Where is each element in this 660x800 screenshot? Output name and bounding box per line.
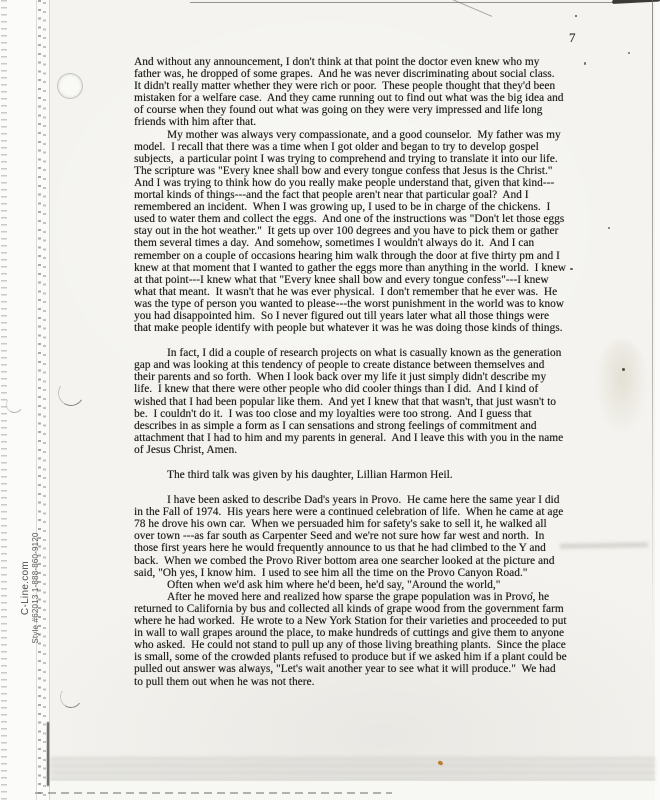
paper-bottom-strip (50, 781, 655, 800)
sleeve-bottom-seam (35, 792, 392, 794)
scan-speck (622, 368, 625, 371)
sleeve-binding-line-right (49, 0, 50, 800)
sleeve-style-text: Style #62013 1-888-860-9120 (31, 508, 41, 668)
body-paragraph: I have been asked to describe Dad's year… (134, 494, 567, 579)
sleeve-right-edge-line (652, 0, 653, 640)
scan-top-edge-line (190, 2, 614, 3)
body-paragraph: And without any announcement, I don't th… (134, 56, 567, 129)
scan-speck (575, 15, 577, 17)
stain-smudge (596, 340, 648, 435)
body-paragraph-speaker-intro: The third talk was given by his daughter… (134, 469, 567, 481)
hole-punch-top (57, 73, 83, 99)
sleeve-binding-dots (43, 2, 46, 796)
scan-speck (608, 227, 610, 229)
scan-speck (584, 62, 586, 65)
body-paragraph: Often when we'd ask him where he'd been,… (134, 579, 567, 591)
hole-punch-middle-echo (5, 395, 24, 414)
sleeve-brand-text: C-Line.com (20, 508, 31, 668)
sleeve-binding-dark-segment (47, 722, 49, 786)
body-paragraph: After he moved here and realized how spa… (134, 591, 567, 688)
sleeve-binding-dots (38, 0, 41, 796)
scan-speck (570, 268, 573, 270)
body-paragraph: My mother was always very compassionate,… (134, 129, 567, 335)
scan-speck (628, 52, 630, 54)
body-paragraph: In fact, I did a couple of research proj… (134, 347, 567, 456)
sleeve-print-block: C-Line.com Style #62013 1-888-860-9120 (20, 508, 41, 668)
scanned-document-page: C-Line.com Style #62013 1-888-860-9120 7… (0, 0, 660, 800)
paper-bottom-shadow (50, 757, 655, 781)
page-number: 7 (569, 30, 576, 46)
sleeve-binding-line-left (36, 0, 37, 800)
document-body: And without any announcement, I don't th… (134, 56, 567, 688)
